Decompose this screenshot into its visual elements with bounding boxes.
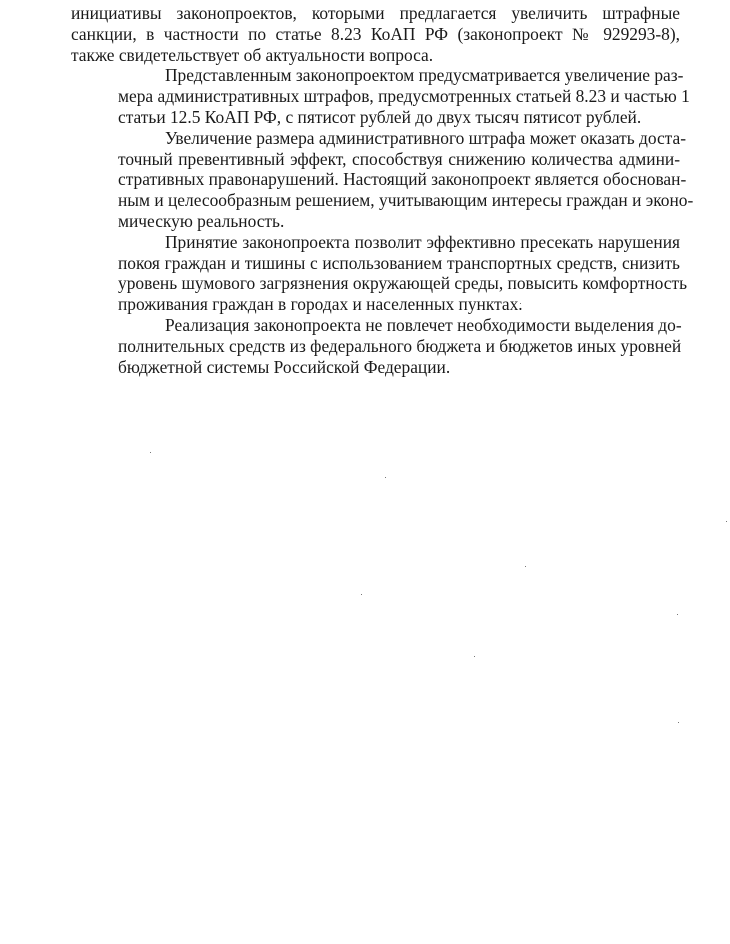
- scan-speck: [677, 614, 678, 615]
- scan-speck: [678, 722, 679, 723]
- scan-speck: [385, 477, 386, 478]
- text-line: покоя граждан и тишины с использованием …: [71, 253, 680, 274]
- paragraph-3: Увеличение размера административного штр…: [71, 128, 680, 232]
- paragraph-1: инициативы законопроектов, которыми пред…: [71, 3, 680, 65]
- scan-speck: [150, 452, 151, 453]
- text-line: статьи 12.5 КоАП РФ, с пятисот рублей до…: [71, 107, 680, 128]
- text-line: мическую реальность.: [71, 211, 680, 232]
- scan-speck: [520, 303, 521, 304]
- scan-speck: [474, 656, 475, 657]
- text-line: Реализация законопроекта не повлечет нео…: [71, 315, 680, 336]
- text-line: уровень шумового загрязнения окружающей …: [71, 273, 680, 294]
- text-line: санкции, в частности по статье 8.23 КоАП…: [71, 24, 680, 45]
- text-line: проживания граждан в городах и населенны…: [71, 294, 680, 315]
- scan-speck: [525, 566, 526, 567]
- text-line: ным и целесообразным решением, учитывающ…: [71, 190, 680, 211]
- text-line: Увеличение размера административного штр…: [71, 128, 680, 149]
- paragraph-4: Принятие законопроекта позволит эффектив…: [71, 232, 680, 315]
- text-line: Представленным законопроектом предусматр…: [71, 65, 680, 86]
- paragraph-5: Реализация законопроекта не повлечет нео…: [71, 315, 680, 377]
- text-line: также свидетельствует об актуальности во…: [71, 45, 680, 66]
- scan-speck: [361, 594, 362, 595]
- text-line: бюджетной системы Российской Федерации.: [71, 357, 680, 378]
- document-page: инициативы законопроектов, которыми пред…: [71, 3, 680, 377]
- text-line: инициативы законопроектов, которыми пред…: [71, 3, 680, 24]
- text-line: полнительных средств из федерального бюд…: [71, 336, 680, 357]
- scan-speck: [726, 521, 727, 522]
- paragraph-2: Представленным законопроектом предусматр…: [71, 65, 680, 127]
- text-line: Принятие законопроекта позволит эффектив…: [71, 232, 680, 253]
- text-line: точный превентивный эффект, способствуя …: [71, 149, 680, 170]
- text-line: мера административных штрафов, предусмот…: [71, 86, 680, 107]
- text-line: стративных правонарушений. Настоящий зак…: [71, 169, 680, 190]
